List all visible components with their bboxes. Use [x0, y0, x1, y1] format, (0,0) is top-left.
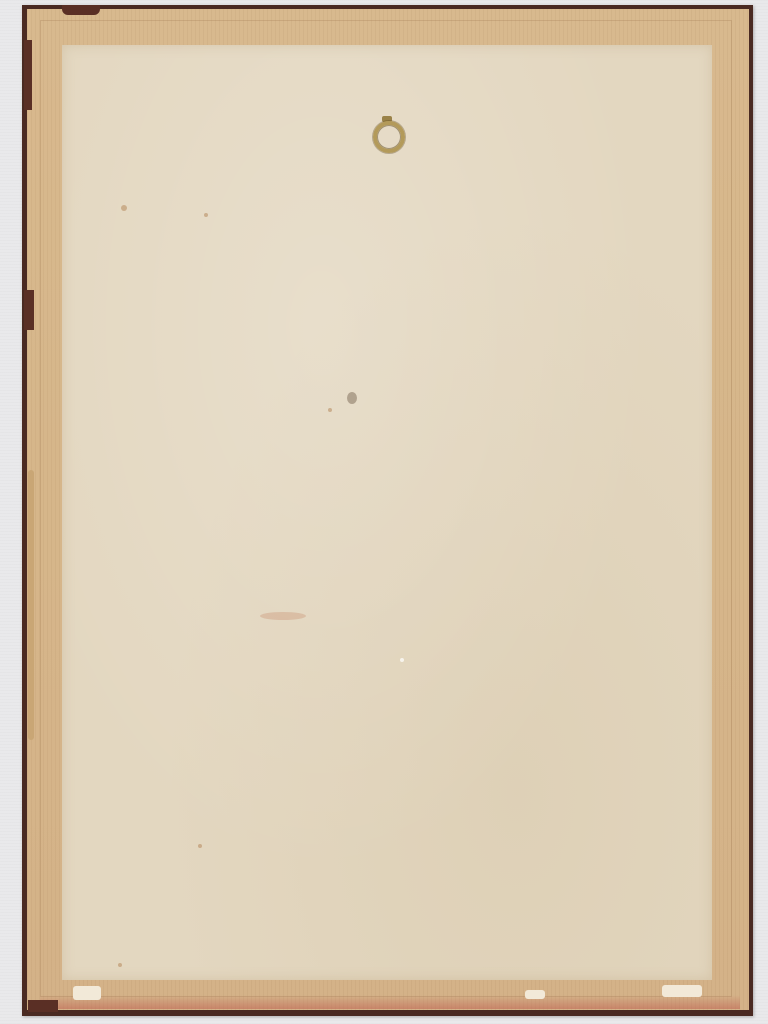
foxing-spot — [204, 213, 208, 217]
board-blemish — [347, 392, 357, 404]
foxing-spot — [118, 963, 122, 967]
tape-wear-bottom-left — [73, 986, 101, 1000]
foxing-spot — [400, 658, 404, 662]
tape-stain — [40, 995, 740, 1009]
tape-wear-bottom-right — [662, 985, 702, 997]
tape-wear-left — [28, 470, 34, 740]
frame-chip-left-lower — [24, 290, 34, 330]
foxing-spot — [198, 844, 202, 848]
tape-wear-bottom-mid — [525, 990, 545, 999]
hanging-ring-icon — [373, 121, 405, 153]
frame-chip-bottom-left — [28, 1000, 58, 1012]
frame-chip-top — [62, 5, 100, 15]
foxing-stain — [260, 612, 306, 620]
foxing-spot — [328, 408, 332, 412]
backing-board — [62, 45, 712, 980]
frame-chip-left — [24, 40, 32, 110]
photo-canvas: { "image": { "subject": "back of antique… — [0, 0, 768, 1024]
foxing-spot — [121, 205, 127, 211]
